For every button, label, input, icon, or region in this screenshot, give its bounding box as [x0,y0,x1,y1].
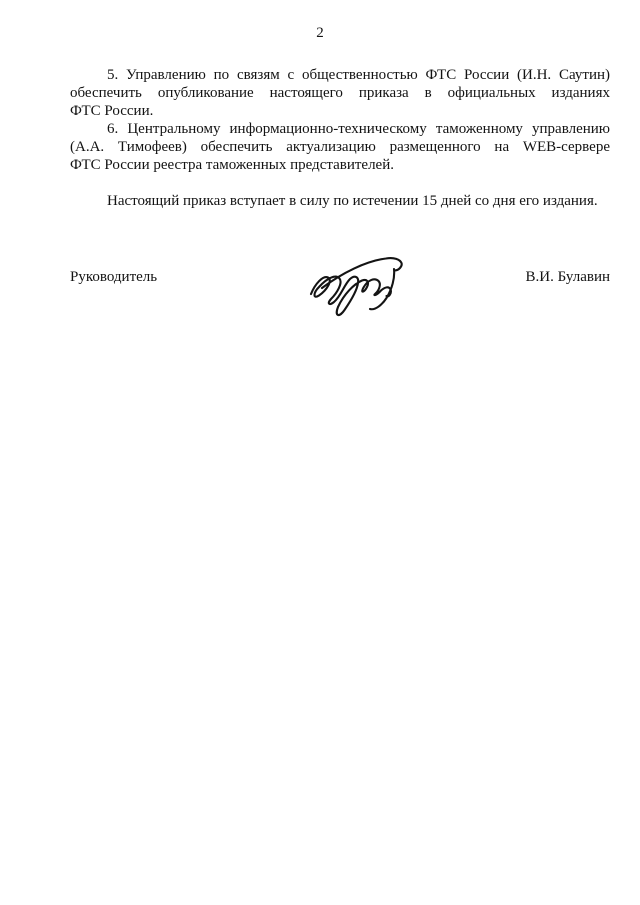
text-line: обеспечить опубликование настоящего прик… [70,84,610,102]
paragraph: Настоящий приказ вступает в силу по исте… [70,192,610,210]
document-page: 2 5. Управлению по связям с общественнос… [0,0,640,905]
page-number: 2 [0,0,640,42]
text-line: ФТС России реестра таможенных представит… [70,156,610,174]
signatory-title: Руководитель [70,268,157,286]
text-line: 5. Управлению по связям с общественность… [70,66,610,84]
paragraph: 5. Управлению по связям с общественность… [70,66,610,120]
handwritten-signature-icon [306,252,414,326]
signatory-name: В.И. Булавин [526,268,610,286]
document-body: 5. Управлению по связям с общественность… [70,66,610,210]
text-line: 6. Центральному информационно-техническо… [70,120,610,138]
paragraph: 6. Центральному информационно-техническо… [70,120,610,174]
text-line: (А.А. Тимофеев) обеспечить актуализацию … [70,138,610,156]
text-line: ФТС России. [70,102,610,120]
text-line: Настоящий приказ вступает в силу по исте… [70,192,610,210]
